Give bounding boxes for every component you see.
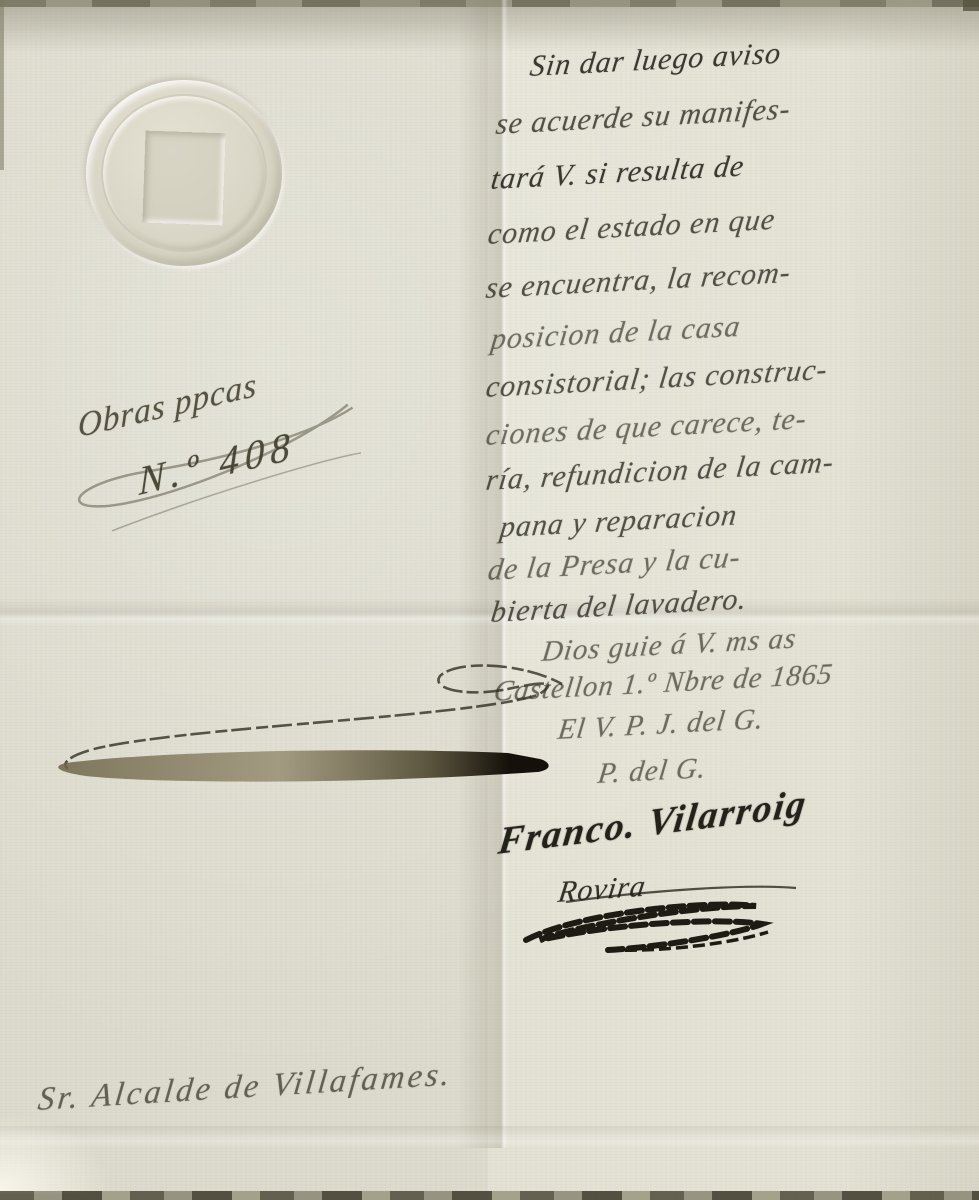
ink-flourish	[38, 650, 578, 800]
embossed-seal-icon	[86, 80, 282, 266]
body-line: Sin dar luego aviso	[528, 37, 783, 84]
body-line: como el estado en que	[486, 203, 777, 252]
margin-note: Obras ppcas N.º 408	[58, 336, 430, 588]
signature-rubric-icon	[500, 874, 810, 964]
addressee-line: Sr. Alcalde de Villafames.	[36, 1056, 454, 1119]
seal-shield	[142, 131, 225, 226]
body-line: pana y reparacion	[498, 498, 739, 545]
left-page-edge	[0, 0, 4, 170]
body-line: se acuerde su manifes-	[494, 92, 793, 142]
top-page-edge	[0, 0, 979, 7]
body-line: tará V. si resulta de	[489, 149, 746, 197]
body-line: ría, refundicion de la cam-	[484, 446, 836, 498]
body-line: consistorial; las construc-	[484, 353, 830, 405]
letter-scan: Obras ppcas N.º 408 Sin dar luego aviso …	[0, 0, 979, 1200]
closing-line: El V. P. J. del G.	[556, 703, 766, 747]
bottom-page-edge	[0, 1191, 979, 1200]
lower-fold-crease	[0, 1126, 979, 1148]
body-line: bierta del lavadero.	[489, 582, 749, 630]
top-fold-shadow	[0, 0, 979, 52]
body-line: ciones de que carece, te-	[484, 402, 809, 453]
body-line: se encuentra, la recom-	[484, 256, 793, 306]
body-line: de la Presa y la cu-	[486, 540, 743, 588]
body-line: posicion de la casa	[489, 310, 743, 357]
bottom-left-page-curl	[0, 1114, 110, 1194]
top-right-corner-mark	[963, 0, 979, 11]
closing-line: P. del G.	[596, 752, 708, 791]
